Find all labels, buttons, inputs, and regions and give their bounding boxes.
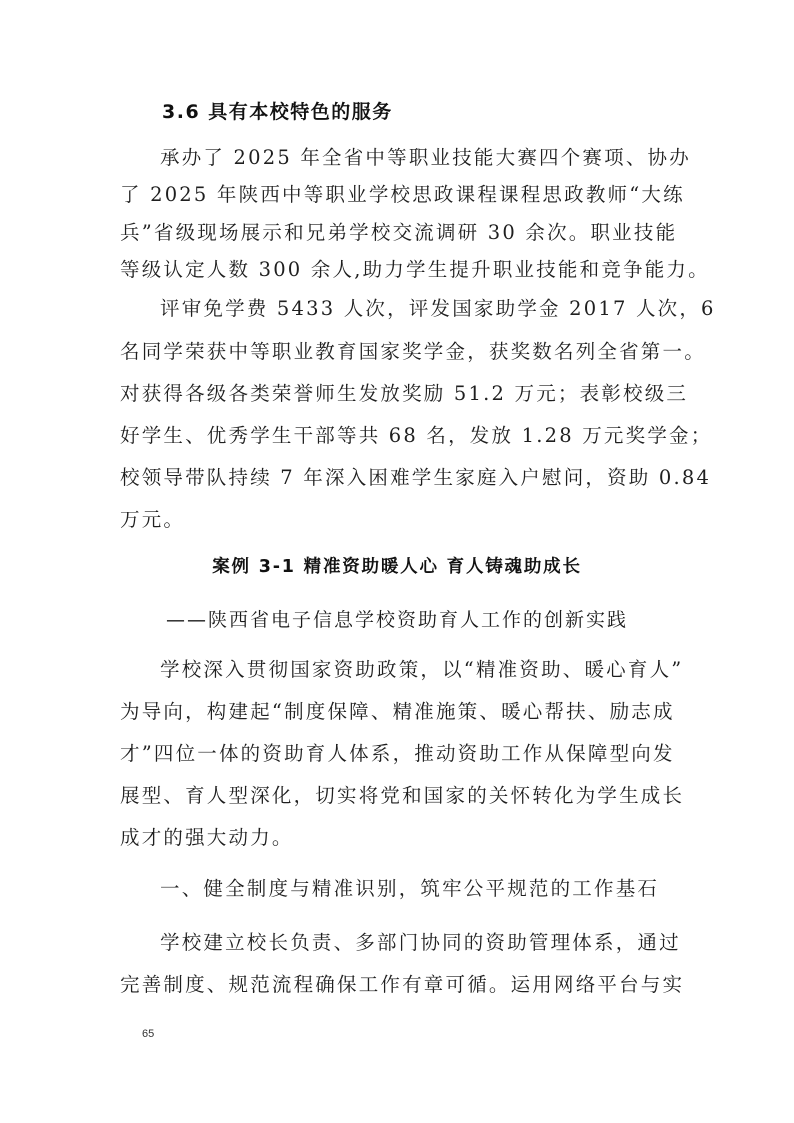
case-subtitle: ——陕西省电子信息学校资助育人工作的创新实践 bbox=[0, 605, 794, 632]
paragraph-line: 万元。 bbox=[120, 507, 680, 533]
paragraph-line: 校领导带队持续 7 年深入困难学生家庭入户慰问，资助 0.84 bbox=[120, 465, 680, 491]
paragraph-line: 完善制度、规范流程确保工作有章可循。运用网络平台与实 bbox=[120, 972, 680, 998]
subsection-heading: 一、健全制度与精准识别，筑牢公平规范的工作基石 bbox=[160, 876, 680, 902]
paragraph-line: 为导向，构建起“制度保障、精准施策、暖心帮扶、励志成 bbox=[120, 699, 680, 725]
paragraph-line: 评审免学费 5433 人次，评发国家助学金 2017 人次，6 bbox=[160, 296, 680, 322]
case-title: 案例 3-1 精准资助暖人心 育人铸魂助成长 bbox=[0, 553, 794, 578]
page-number: 65 bbox=[142, 1028, 154, 1040]
paragraph-line: 等级认定人数 300 余人,助力学生提升职业技能和竞争能力。 bbox=[120, 257, 680, 283]
paragraph-line: 展型、育人型深化，切实将党和国家的关怀转化为学生成长 bbox=[120, 783, 680, 809]
paragraph-line: 了 2025 年陕西中等职业学校思政课程课程思政教师“大练 bbox=[120, 182, 680, 208]
section-heading: 3.6 具有本校特色的服务 bbox=[162, 97, 393, 124]
paragraph-line: 名同学荣获中等职业教育国家奖学金，获奖数名列全省第一。 bbox=[120, 339, 680, 365]
paragraph-line: 承办了 2025 年全省中等职业技能大赛四个赛项、协办 bbox=[160, 145, 680, 171]
paragraph-line: 对获得各级各类荣誉师生发放奖励 51.2 万元；表彰校级三 bbox=[120, 381, 680, 407]
paragraph-line: 学校建立校长负责、多部门协同的资助管理体系，通过 bbox=[160, 930, 680, 956]
paragraph-line: 兵”省级现场展示和兄弟学校交流调研 30 余次。职业技能 bbox=[120, 220, 680, 246]
document-page: 3.6 具有本校特色的服务 承办了 2025 年全省中等职业技能大赛四个赛项、协… bbox=[0, 0, 794, 1123]
paragraph-line: 成才的强大动力。 bbox=[120, 825, 680, 851]
paragraph-line: 学校深入贯彻国家资助政策，以“精准资助、暖心育人” bbox=[160, 657, 680, 683]
paragraph-line: 才”四位一体的资助育人体系，推动资助工作从保障型向发 bbox=[120, 741, 680, 767]
paragraph-line: 好学生、优秀学生干部等共 68 名，发放 1.28 万元奖学金； bbox=[120, 423, 680, 449]
